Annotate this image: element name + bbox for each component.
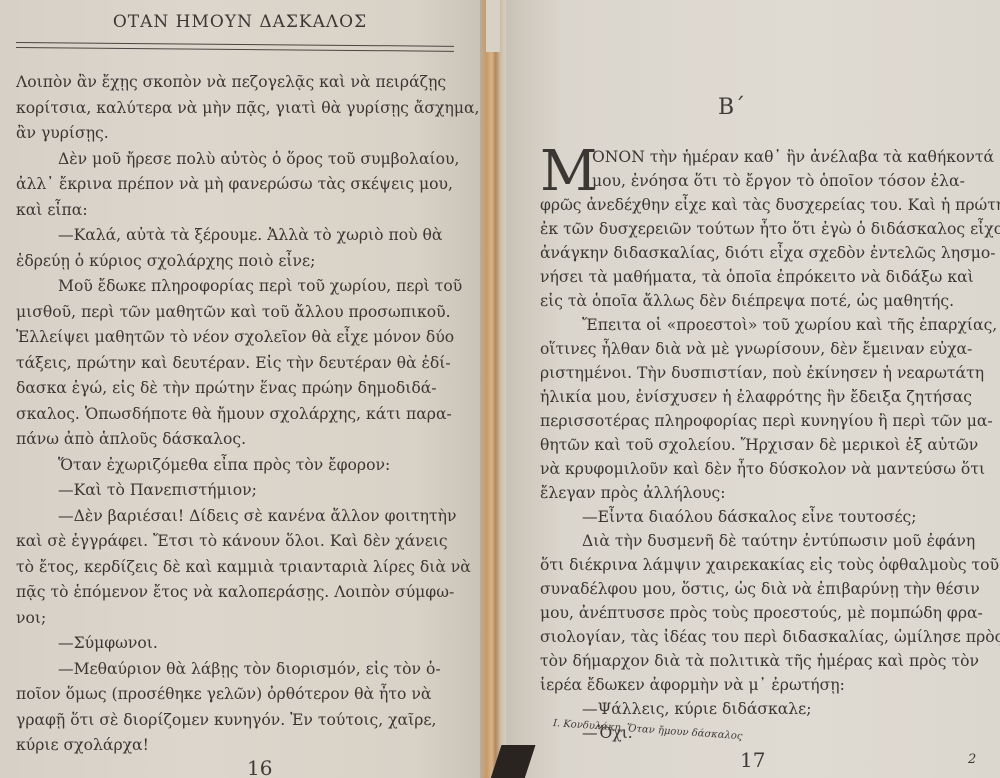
text-line: ἀλλ᾽ ἔκρινα πρέπον νὰ μὴ φανερώσω τὰς σκ… xyxy=(16,172,456,198)
text-line: σιολογίαν, τὰς ἰδέας του περὶ διδασκαλία… xyxy=(540,625,990,649)
text-line: συναδέλφου μου, ὅστις, ὡς διὰ νὰ ἐπιβαρύ… xyxy=(540,577,990,601)
text-line: καὶ εἶπα: xyxy=(16,198,456,224)
text-line: —Ψάλλεις, κύριε διδάσκαλε; xyxy=(540,697,990,721)
text-line: ἐκ τῶν δυσχερειῶν τούτων ἦτο ὅτι ἐγὼ ὁ δ… xyxy=(540,217,990,241)
text-line: ἔλεγαν πρὸς ἀλλήλους: xyxy=(540,481,990,505)
text-line: Διὰ τὴν δυσμενῆ δὲ ταύτην ἐντύπωσιν μοῦ … xyxy=(540,529,990,553)
signature-mark: 2 xyxy=(968,752,976,767)
text-line: μου, ἀνέπτυσσε πρὸς τοὺς προεστούς, μὲ π… xyxy=(540,601,990,625)
page-number-right: 17 xyxy=(740,748,765,772)
right-page-body: ΟΝΟΝ τὴν ἡμέραν καθ᾽ ἣν ἀνέλαβα τὰ καθήκ… xyxy=(540,145,990,745)
text-line: Ἔπειτα οἱ «προεστοὶ» τοῦ χωρίου καὶ τῆς … xyxy=(540,313,990,337)
text-line: —Καὶ τὸ Πανεπιστήμιον; xyxy=(16,478,456,504)
text-line: πᾷς τὸ ἑπόμενον ἔτος νὰ καλοπεράσῃς. Λοι… xyxy=(16,580,456,606)
text-line: καὶ σὲ ἐγγράφει. Ἔτσι τὸ κάνουν ὅλοι. Κα… xyxy=(16,529,456,555)
text-line: νήσει τὰ μαθήματα, τὰ ὁποῖα ἐπρόκειτο νὰ… xyxy=(540,265,990,289)
text-line: —Σύμφωνοι. xyxy=(16,631,456,657)
text-line: ΟΝΟΝ τὴν ἡμέραν καθ᾽ ἣν ἀνέλαβα τὰ καθήκ… xyxy=(540,145,990,169)
left-page-body: Λοιπὸν ἂν ἔχῃς σκοπὸν νὰ πεζογελᾷς καὶ ν… xyxy=(16,70,456,759)
text-line: Δὲν μοῦ ἤρεσε πολὺ αὐτὸς ὁ ὅρος τοῦ συμβ… xyxy=(16,147,456,173)
book-gutter xyxy=(480,0,506,778)
gutter-top xyxy=(486,0,500,52)
text-line: τὸ ἔτος, κερδίζεις δὲ καὶ καμμιὰ τριαντα… xyxy=(16,555,456,581)
text-line: ἂν γυρίσῃς. xyxy=(16,121,456,147)
text-line: οἵτινες ἦλθαν διὰ νὰ μὲ γνωρίσουν, δὲν ἔ… xyxy=(540,337,990,361)
text-line: κύριε σχολάρχα! xyxy=(16,733,456,759)
text-line: κορίτσια, καλύτερα νὰ μὴν πᾷς, γιατὶ θὰ … xyxy=(16,96,456,122)
text-line: σκαλος. Ὁπωσδήποτε θὰ ἤμουν σχολάρχης, κ… xyxy=(16,402,456,428)
text-line: γραφῇ ὅτι σὲ διορίζομεν κυνηγόν. Ἐν τούτ… xyxy=(16,708,456,734)
text-line: ἑδρεύῃ ὁ κύριος σχολάρχης ποιὸ εἶνε; xyxy=(16,249,456,275)
text-line: ὅτι διέκρινα λάμψιν χαιρεκακίας εἰς τοὺς… xyxy=(540,553,990,577)
text-line: εἰς τὰ ὁποῖα ἄλλως δὲν διέπρεψα ποτέ, ὡς… xyxy=(540,289,990,313)
text-line: —Εἶντα διαόλου δάσκαλος εἶνε τουτοσές; xyxy=(540,505,990,529)
text-line: νὰ κρυφομιλοῦν καὶ δὲν ἦτο δύσκολον νὰ μ… xyxy=(540,457,990,481)
text-line: τάξεις, πρώτην καὶ δευτέραν. Εἰς τὴν δευ… xyxy=(16,351,456,377)
page-number-left: 16 xyxy=(247,756,272,778)
text-line: —Δὲν βαριέσαι! Δίδεις σὲ κανένα ἄλλον φο… xyxy=(16,504,456,530)
text-line: Μοῦ ἔδωκε πληροφορίας περὶ τοῦ χωρίου, π… xyxy=(16,274,456,300)
text-line: Ἐλλείψει μαθητῶν τὸ νέον σχολεῖον θὰ εἶχ… xyxy=(16,325,456,351)
text-line: ποῖον ὅμως (προσέθηκε γελῶν) ὀρθότερον θ… xyxy=(16,682,456,708)
running-head: ΟΤΑΝ ΗΜΟΥΝ ΔΑΣΚΑΛΟΣ xyxy=(30,12,450,32)
text-line: φρῶς ἀνεδέχθην εἶχε καὶ τὰς δυσχερείας τ… xyxy=(540,193,990,217)
text-line: ἀνάγκην διδασκαλίας, διότι εἶχα σχεδὸν ἐ… xyxy=(540,241,990,265)
text-line: ἱερέα ἔδωκεν ἀφορμὴν νὰ μ᾽ ἐρωτήσῃ: xyxy=(540,673,990,697)
text-line: ἡλικία μου, ἐνίσχυσεν ἡ ἐλαφρότης ἣν ἔδε… xyxy=(540,385,990,409)
text-line: δασκα ἐγώ, εἰς δὲ τὴν πρώτην ἕνας πρώην … xyxy=(16,376,456,402)
text-line: πάνω ἀπὸ ἁπλοῦς δάσκαλος. xyxy=(16,427,456,453)
text-line: —Μεθαύριον θὰ λάβῃς τὸν διορισμόν, εἰς τ… xyxy=(16,657,456,683)
text-line: μου, ἐνόησα ὅτι τὸ ἔργον τὸ ὁποῖον τόσον… xyxy=(540,169,990,193)
chapter-mark: Β΄ xyxy=(718,95,745,120)
text-line: ριστημένοι. Τὴν δυσπιστίαν, ποὺ ἐκίνησεν… xyxy=(540,361,990,385)
text-line: Ὅταν ἐχωριζόμεθα εἶπα πρὸς τὸν ἔφορον: xyxy=(16,453,456,479)
text-line: —Καλά, αὐτὰ τὰ ξέρουμε. Ἀλλὰ τὸ χωριὸ πο… xyxy=(16,223,456,249)
text-line: Λοιπὸν ἂν ἔχῃς σκοπὸν νὰ πεζογελᾷς καὶ ν… xyxy=(16,70,456,96)
text-line: τὸν δήμαρχον διὰ τὰ πολιτικὰ τῆς ἡμέρας … xyxy=(540,649,990,673)
text-line: νοι; xyxy=(16,606,456,632)
text-line: μισθοῦ, περὶ τῶν μαθητῶν καὶ τοῦ ἄλλου π… xyxy=(16,300,456,326)
text-line: θητῶν καὶ τοῦ σχολείου. Ἤρχισαν δὲ μερικ… xyxy=(540,433,990,457)
text-line: περισσοτέρας πληροφορίας περὶ κυνηγίου ἢ… xyxy=(540,409,990,433)
